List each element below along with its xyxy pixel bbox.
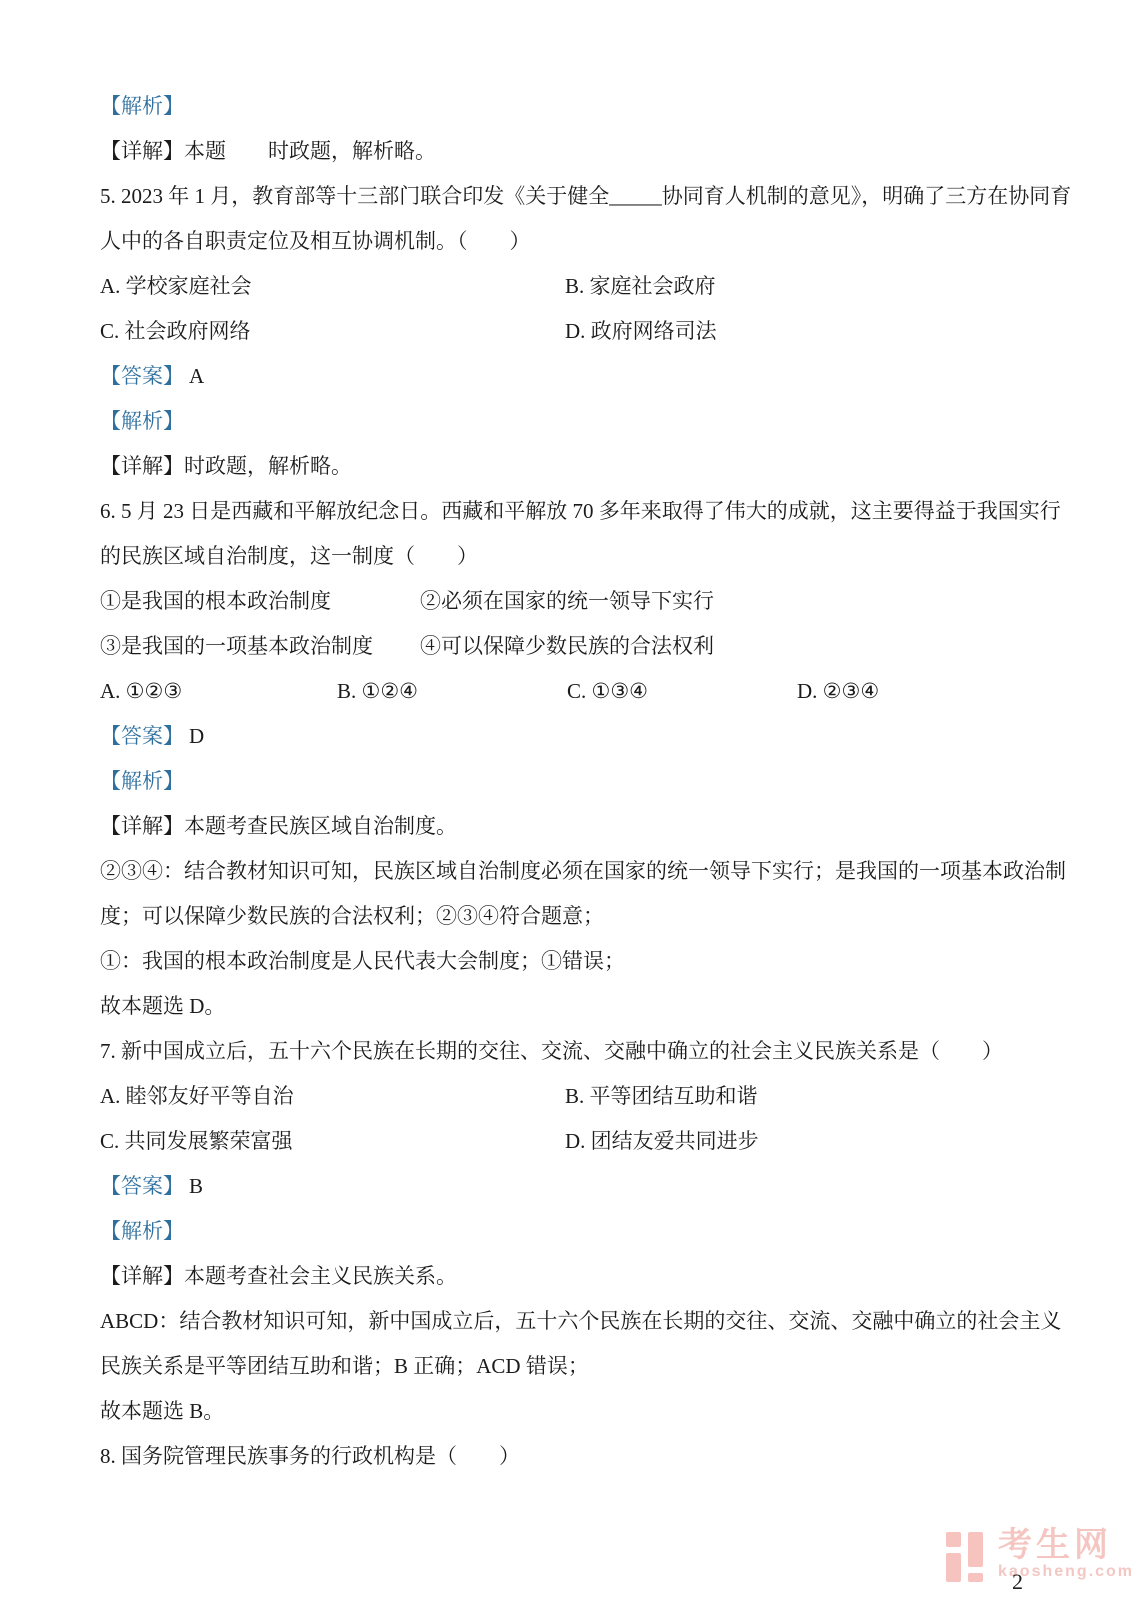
q7-options-row1: A. 睦邻友好平等自治 B. 平等团结互助和谐 — [100, 1074, 1032, 1119]
q7-option-a: A. 睦邻友好平等自治 — [100, 1074, 565, 1119]
q6-statements-row2: ③是我国的一项基本政治制度 ④可以保障少数民族的合法权利 — [100, 624, 1032, 669]
q6-statement-1: ①是我国的根本政治制度 — [100, 579, 420, 624]
q6-detail-text: 本题考查民族区域自治制度。 — [184, 814, 457, 838]
q6-stem-line1: 6. 5 月 23 日是西藏和平解放纪念日。西藏和平解放 70 多年来取得了伟大… — [100, 489, 1032, 534]
q7-analysis-label: 【解析】 — [100, 1209, 1032, 1254]
detail-label: 【详解】 — [100, 814, 184, 838]
q7-detail-text: 本题考查社会主义民族关系。 — [184, 1264, 457, 1288]
q5-option-c: C. 社会政府网络 — [100, 309, 565, 354]
q5-option-b: B. 家庭社会政府 — [565, 264, 716, 309]
q5-stem-line1: 5. 2023 年 1 月，教育部等十三部门联合印发《关于健全_____协同育人… — [100, 174, 1032, 219]
q6-detail-line: 【详解】本题考查民族区域自治制度。 — [100, 804, 1032, 849]
q6-answer-line: 【答案】D — [100, 714, 1032, 759]
q7-expl-line1: ABCD：结合教材知识可知，新中国成立后，五十六个民族在长期的交往、交流、交融中… — [100, 1299, 1032, 1344]
detail-label: 【详解】 — [100, 454, 184, 478]
detail-label: 【详解】 — [100, 139, 184, 163]
q7-option-d: D. 团结友爱共同进步 — [565, 1119, 759, 1164]
q6-statements-row1: ①是我国的根本政治制度 ②必须在国家的统一领导下实行 — [100, 579, 1032, 624]
q7-stem: 7. 新中国成立后，五十六个民族在长期的交往、交流、交融中确立的社会主义民族关系… — [100, 1029, 1032, 1074]
page-number: 2 — [1012, 1568, 1023, 1596]
q6-statement-2: ②必须在国家的统一领导下实行 — [420, 579, 714, 624]
q7-option-c: C. 共同发展繁荣富强 — [100, 1119, 565, 1164]
q7-expl-line3: 故本题选 B。 — [100, 1389, 1032, 1434]
answer-label: 【答案】 — [100, 1174, 184, 1198]
q4-detail-text: 本题 时政题，解析略。 — [184, 139, 436, 163]
q6-option-c: C. ①③④ — [567, 669, 797, 714]
q7-answer-line: 【答案】B — [100, 1164, 1032, 1209]
q7-options-row2: C. 共同发展繁荣富强 D. 团结友爱共同进步 — [100, 1119, 1032, 1164]
kaosheng-logo-icon — [946, 1532, 986, 1583]
q6-statement-4: ④可以保障少数民族的合法权利 — [420, 624, 714, 669]
q5-detail-text: 时政题，解析略。 — [184, 454, 352, 478]
detail-label: 【详解】 — [100, 1264, 184, 1288]
q7-expl-line2: 民族关系是平等团结互助和谐；B 正确；ACD 错误； — [100, 1344, 1032, 1389]
watermark-brand: 考生网 — [998, 1527, 1131, 1563]
q6-expl-line3: ①：我国的根本政治制度是人民代表大会制度；①错误； — [100, 939, 1032, 984]
answer-label: 【答案】 — [100, 364, 184, 388]
q5-option-d: D. 政府网络司法 — [565, 309, 717, 354]
q6-option-b: B. ①②④ — [337, 669, 567, 714]
q8-stem: 8. 国务院管理民族事务的行政机构是（ ） — [100, 1434, 1032, 1479]
q4-detail-line: 【详解】本题 时政题，解析略。 — [100, 129, 1032, 174]
document-page: 【解析】 【详解】本题 时政题，解析略。 5. 2023 年 1 月，教育部等十… — [0, 0, 1131, 1600]
q7-detail-line: 【详解】本题考查社会主义民族关系。 — [100, 1254, 1032, 1299]
q6-statement-3: ③是我国的一项基本政治制度 — [100, 624, 420, 669]
q5-stem-line2: 人中的各自职责定位及相互协调机制。（ ） — [100, 219, 1032, 264]
q7-option-b: B. 平等团结互助和谐 — [565, 1074, 758, 1119]
document-body: 【解析】 【详解】本题 时政题，解析略。 5. 2023 年 1 月，教育部等十… — [100, 84, 1032, 1479]
q5-answer-line: 【答案】A — [100, 354, 1032, 399]
q7-answer-value: B — [189, 1174, 203, 1198]
q6-analysis-label: 【解析】 — [100, 759, 1032, 804]
kaosheng-watermark: 考生网 kaosheng.com — [946, 1527, 1131, 1583]
q6-options-row: A. ①②③ B. ①②④ C. ①③④ D. ②③④ — [100, 669, 1032, 714]
answer-label: 【答案】 — [100, 724, 184, 748]
q5-detail-line: 【详解】时政题，解析略。 — [100, 444, 1032, 489]
q5-analysis-label: 【解析】 — [100, 399, 1032, 444]
q6-stem-line2: 的民族区域自治制度，这一制度（ ） — [100, 534, 1032, 579]
q6-expl-line4: 故本题选 D。 — [100, 984, 1032, 1029]
q6-option-d: D. ②③④ — [797, 669, 879, 714]
q5-options-row2: C. 社会政府网络 D. 政府网络司法 — [100, 309, 1032, 354]
q6-option-a: A. ①②③ — [100, 669, 337, 714]
q6-answer-value: D — [189, 724, 204, 748]
q4-analysis-label: 【解析】 — [100, 84, 1032, 129]
q5-option-a: A. 学校家庭社会 — [100, 264, 565, 309]
q5-options-row1: A. 学校家庭社会 B. 家庭社会政府 — [100, 264, 1032, 309]
q5-answer-value: A — [189, 364, 204, 388]
q6-expl-line1: ②③④：结合教材知识可知，民族区域自治制度必须在国家的统一领导下实行；是我国的一… — [100, 849, 1032, 894]
q6-expl-line2: 度；可以保障少数民族的合法权利；②③④符合题意； — [100, 894, 1032, 939]
